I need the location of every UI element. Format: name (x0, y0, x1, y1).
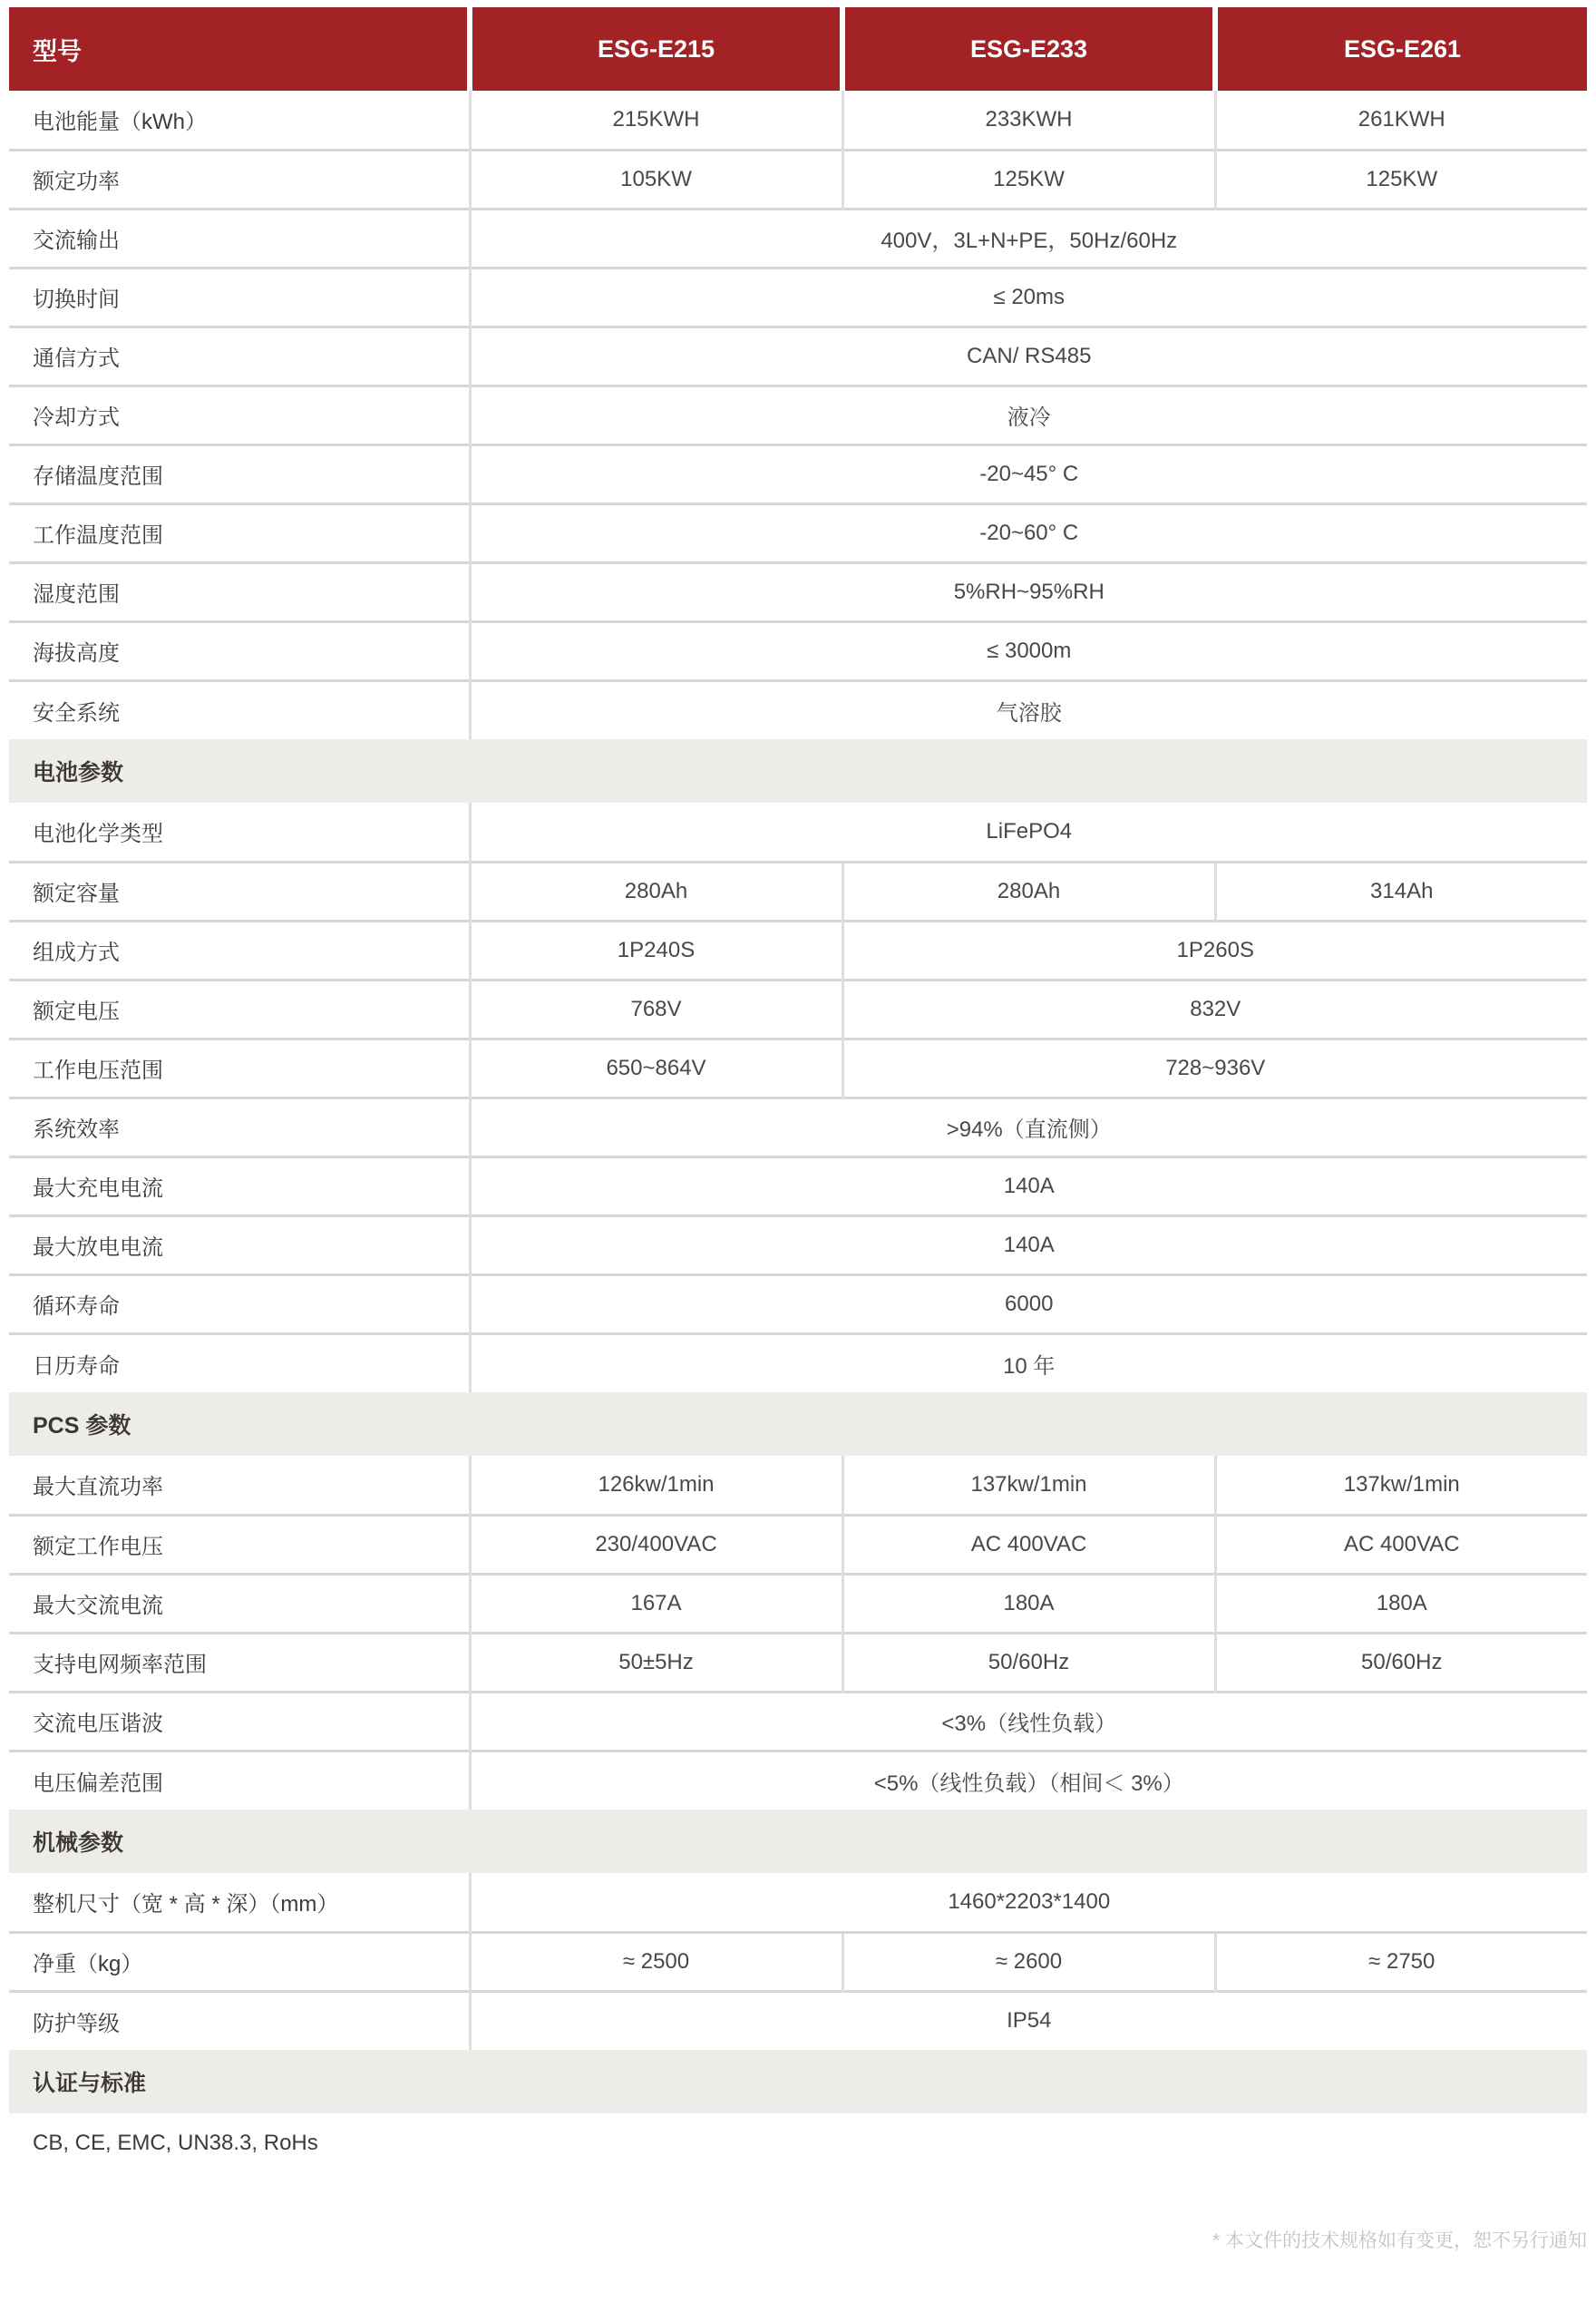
spec-value: AC 400VAC (1215, 1515, 1587, 1574)
spec-label: 工作电压范围 (9, 1039, 470, 1098)
spec-value: <5%（线性负载）（相间＜ 3%） (470, 1751, 1587, 1810)
spec-row: 冷却方式液冷 (9, 385, 1587, 444)
model-column-title: 型号 (9, 7, 470, 91)
spec-table-body: 电池能量（kWh）215KWH233KWH261KWH额定功率105KW125K… (9, 91, 1587, 2173)
spec-label: 最大放电电流 (9, 1215, 470, 1274)
spec-label: 湿度范围 (9, 562, 470, 621)
spec-label: 交流电压谐波 (9, 1692, 470, 1751)
spec-label: 电池能量（kWh） (9, 91, 470, 150)
spec-row: 电池化学类型LiFePO4 (9, 803, 1587, 862)
footnote: * 本文件的技术规格如有变更，恕不另行通知 (9, 2173, 1596, 2253)
spec-value: -20~60° C (470, 503, 1587, 562)
spec-label: 海拔高度 (9, 621, 470, 680)
spec-label: 净重（kg） (9, 1932, 470, 1991)
spec-value: 280Ah (470, 862, 842, 921)
spec-value: 261KWH (1215, 91, 1587, 150)
spec-row: 海拔高度≤ 3000m (9, 621, 1587, 680)
model-header-row: 型号 ESG-E215ESG-E233ESG-E261 (9, 7, 1587, 91)
spec-value: 314Ah (1215, 862, 1587, 921)
spec-value: 105KW (470, 150, 842, 209)
spec-value: 10 年 (470, 1333, 1587, 1392)
spec-row: 交流电压谐波<3%（线性负载） (9, 1692, 1587, 1751)
spec-label: 额定电压 (9, 980, 470, 1039)
spec-value: 650~864V (470, 1039, 842, 1098)
spec-sheet-page: 型号 ESG-E215ESG-E233ESG-E261 电池能量（kWh）215… (0, 0, 1596, 2253)
spec-value: 180A (1215, 1574, 1587, 1633)
spec-value: ≈ 2500 (470, 1932, 842, 1991)
spec-value: 液冷 (470, 385, 1587, 444)
spec-row: 日历寿命10 年 (9, 1333, 1587, 1392)
section-title: PCS 参数 (9, 1392, 1587, 1456)
spec-row: 额定工作电压230/400VACAC 400VACAC 400VAC (9, 1515, 1587, 1574)
spec-label: 交流输出 (9, 209, 470, 268)
section-header-row: 认证与标准 (9, 2050, 1587, 2113)
spec-label: 电池化学类型 (9, 803, 470, 862)
spec-value: 1P260S (842, 921, 1587, 980)
model-header: ESG-E261 (1215, 7, 1587, 91)
spec-row: 循环寿命6000 (9, 1274, 1587, 1333)
section-header-row: 电池参数 (9, 739, 1587, 803)
spec-label: 最大交流电流 (9, 1574, 470, 1633)
spec-value: 233KWH (842, 91, 1215, 150)
spec-row: 额定功率105KW125KW125KW (9, 150, 1587, 209)
spec-row: 通信方式CAN/ RS485 (9, 327, 1587, 385)
spec-value: 125KW (842, 150, 1215, 209)
spec-value: 215KWH (470, 91, 842, 150)
spec-label: 防护等级 (9, 1991, 470, 2050)
spec-table: 型号 ESG-E215ESG-E233ESG-E261 电池能量（kWh）215… (9, 7, 1587, 2173)
spec-row: 整机尺寸（宽 * 高 * 深）（mm）1460*2203*1400 (9, 1873, 1587, 1932)
spec-label: 整机尺寸（宽 * 高 * 深）（mm） (9, 1873, 470, 1932)
spec-row: 最大直流功率126kw/1min137kw/1min137kw/1min (9, 1456, 1587, 1515)
spec-label: 存储温度范围 (9, 444, 470, 503)
spec-label: 工作温度范围 (9, 503, 470, 562)
spec-value: 140A (470, 1215, 1587, 1274)
spec-row: 支持电网频率范围50±5Hz50/60Hz50/60Hz (9, 1633, 1587, 1692)
spec-value: <3%（线性负载） (470, 1692, 1587, 1751)
spec-label: 日历寿命 (9, 1333, 470, 1392)
spec-value: 1P240S (470, 921, 842, 980)
spec-value: 280Ah (842, 862, 1215, 921)
spec-value: 5%RH~95%RH (470, 562, 1587, 621)
model-header: ESG-E233 (842, 7, 1215, 91)
spec-row: 额定电压768V832V (9, 980, 1587, 1039)
spec-row: 湿度范围5%RH~95%RH (9, 562, 1587, 621)
spec-row: 安全系统气溶胶 (9, 680, 1587, 739)
spec-table-header: 型号 ESG-E215ESG-E233ESG-E261 (9, 7, 1587, 91)
spec-value: 728~936V (842, 1039, 1587, 1098)
spec-value: ≈ 2600 (842, 1932, 1215, 1991)
spec-label: 额定容量 (9, 862, 470, 921)
spec-value: ≈ 2750 (1215, 1932, 1587, 1991)
spec-row: 电池能量（kWh）215KWH233KWH261KWH (9, 91, 1587, 150)
spec-row: 电压偏差范围<5%（线性负载）（相间＜ 3%） (9, 1751, 1587, 1810)
spec-label: 安全系统 (9, 680, 470, 739)
spec-value: 167A (470, 1574, 842, 1633)
spec-value: 768V (470, 980, 842, 1039)
spec-row: 额定容量280Ah280Ah314Ah (9, 862, 1587, 921)
full-width-row: CB, CE, EMC, UN38.3, RoHs (9, 2113, 1587, 2173)
spec-value: 230/400VAC (470, 1515, 842, 1574)
full-width-value: CB, CE, EMC, UN38.3, RoHs (9, 2113, 1587, 2173)
spec-value: ≤ 3000m (470, 621, 1587, 680)
spec-value: 6000 (470, 1274, 1587, 1333)
spec-row: 存储温度范围-20~45° C (9, 444, 1587, 503)
spec-value: IP54 (470, 1991, 1587, 2050)
spec-label: 最大直流功率 (9, 1456, 470, 1515)
spec-value: 50±5Hz (470, 1633, 842, 1692)
spec-label: 额定功率 (9, 150, 470, 209)
spec-row: 最大交流电流167A180A180A (9, 1574, 1587, 1633)
spec-value: 50/60Hz (1215, 1633, 1587, 1692)
spec-row: 组成方式1P240S1P260S (9, 921, 1587, 980)
footnote-text: * 本文件的技术规格如有变更，恕不另行通知 (1212, 2230, 1587, 2251)
section-header-row: PCS 参数 (9, 1392, 1587, 1456)
spec-value: AC 400VAC (842, 1515, 1215, 1574)
spec-label: 组成方式 (9, 921, 470, 980)
spec-label: 系统效率 (9, 1098, 470, 1156)
spec-value: 137kw/1min (842, 1456, 1215, 1515)
spec-value: -20~45° C (470, 444, 1587, 503)
model-header: ESG-E215 (470, 7, 842, 91)
spec-value: 137kw/1min (1215, 1456, 1587, 1515)
spec-value: 400V，3L+N+PE，50Hz/60Hz (470, 209, 1587, 268)
spec-label: 额定工作电压 (9, 1515, 470, 1574)
spec-row: 工作电压范围650~864V728~936V (9, 1039, 1587, 1098)
spec-row: 防护等级IP54 (9, 1991, 1587, 2050)
spec-value: CAN/ RS485 (470, 327, 1587, 385)
spec-label: 切换时间 (9, 268, 470, 327)
spec-value: >94%（直流侧） (470, 1098, 1587, 1156)
spec-label: 通信方式 (9, 327, 470, 385)
spec-row: 最大放电电流140A (9, 1215, 1587, 1274)
section-title: 认证与标准 (9, 2050, 1587, 2113)
spec-row: 净重（kg）≈ 2500≈ 2600≈ 2750 (9, 1932, 1587, 1991)
spec-label: 冷却方式 (9, 385, 470, 444)
spec-row: 系统效率>94%（直流侧） (9, 1098, 1587, 1156)
spec-value: 180A (842, 1574, 1215, 1633)
section-title: 机械参数 (9, 1810, 1587, 1873)
spec-row: 交流输出400V，3L+N+PE，50Hz/60Hz (9, 209, 1587, 268)
spec-value: 125KW (1215, 150, 1587, 209)
spec-value: 126kw/1min (470, 1456, 842, 1515)
spec-value: 50/60Hz (842, 1633, 1215, 1692)
section-header-row: 机械参数 (9, 1810, 1587, 1873)
spec-value: LiFePO4 (470, 803, 1587, 862)
spec-label: 最大充电电流 (9, 1156, 470, 1215)
spec-label: 支持电网频率范围 (9, 1633, 470, 1692)
spec-row: 切换时间≤ 20ms (9, 268, 1587, 327)
spec-row: 工作温度范围-20~60° C (9, 503, 1587, 562)
section-title: 电池参数 (9, 739, 1587, 803)
spec-row: 最大充电电流140A (9, 1156, 1587, 1215)
spec-value: ≤ 20ms (470, 268, 1587, 327)
spec-value: 1460*2203*1400 (470, 1873, 1587, 1932)
spec-label: 电压偏差范围 (9, 1751, 470, 1810)
spec-value: 气溶胶 (470, 680, 1587, 739)
spec-label: 循环寿命 (9, 1274, 470, 1333)
spec-value: 140A (470, 1156, 1587, 1215)
spec-value: 832V (842, 980, 1587, 1039)
